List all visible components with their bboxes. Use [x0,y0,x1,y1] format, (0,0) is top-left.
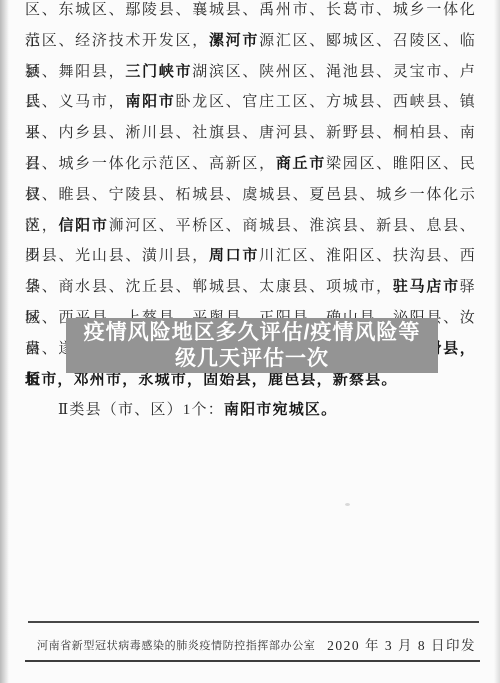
text-line: 山县、光山县、潢川县，周口市川汇区、淮阳区、扶沟县、西华 [25,241,476,272]
text-line: 范区、经济技术开发区，漯河市源汇区、郾城区、召陵区、临颍 [25,26,476,57]
text-line: 县、睢县、宁陵县、柘城县、虞城县、夏邑县、城乡一体化示范 [25,180,476,211]
scan-speck [345,503,350,506]
text-line: 县、商水县、沈丘县、郸城县、太康县、项城市，驻马店市驿城 [25,272,476,303]
text-segment: 山县、光山县、潢川县， [25,248,209,264]
city-name-bold: 三门峡市 [125,64,192,80]
text-segment: 县、舞阳县， [25,64,125,80]
city-name-bold: 垣市，邓州市，永城市，固始县，鹿邑县，新蔡县。 [25,372,398,388]
text-segment: Ⅱ类县（市、区）1个： [58,402,224,418]
left-scan-shadow [0,0,9,683]
text-line: 县、义马市，南阳市卧龙区、官庄工区、方城县、西峡县、镇平 [25,87,476,118]
footer-bottom-rule [25,660,480,662]
city-name-bold: 南阳市宛城区。 [224,402,337,418]
city-name-bold: 漯河市 [209,33,259,49]
city-name-bold: 商丘市 [276,156,326,172]
text-segment: 范区、经济技术开发区， [25,33,209,49]
footer-top-rule [28,621,479,623]
city-name-bold: 信阳市 [58,218,108,234]
text-line: 区，信阳市浉河区、平桥区、商城县、淮滨县、新县、息县、罗 [25,211,476,242]
city-name-bold: 南阳市 [125,94,175,110]
text-segment: 县、义马市， [25,94,125,110]
text-segment: 县、商水县、沈丘县、郸城县、太康县、项城市， [25,279,393,295]
text-line: 县、内乡县、淅川县、社旗县、唐河县、新野县、桐柏县、南召 [25,118,476,149]
text-line: Ⅱ类县（市、区）1个：南阳市宛城区。 [25,395,476,426]
text-segment: 县、城乡一体化示范区、高新区， [25,156,276,172]
text-line: 区、东城区、鄢陵县、襄城县、禹州市、长葛市、城乡一体化示 [25,0,476,26]
right-scan-shadow [494,0,500,683]
text-segment: 区， [25,218,58,234]
footer-issuer-text: 河南省新型冠状病毒感染的肺炎疫情防控指挥部办公室 [37,637,315,653]
text-line: 县、舞阳县，三门峡市湖滨区、陕州区、渑池县、灵宝市、卢氏 [25,57,476,88]
text-line: 县、城乡一体化示范区、高新区，商丘市梁园区、睢阳区、民权 [25,149,476,180]
headline-line-1: 疫情风险地区多久评估/疫情风险等 [66,320,438,346]
scanned-document-page: 区、东城区、鄢陵县、襄城县、禹州市、长葛市、城乡一体化示范区、经济技术开发区，漯… [0,0,500,683]
headline-line-2: 级几天评估一次 [66,346,438,372]
city-name-bold: 驻马店市 [393,279,460,295]
city-name-bold: 周口市 [209,248,259,264]
footer-print-date: 2020 年 3 月 8 日印发 [327,634,476,654]
headline-overlay: 疫情风险地区多久评估/疫情风险等 级几天评估一次 [66,318,438,373]
